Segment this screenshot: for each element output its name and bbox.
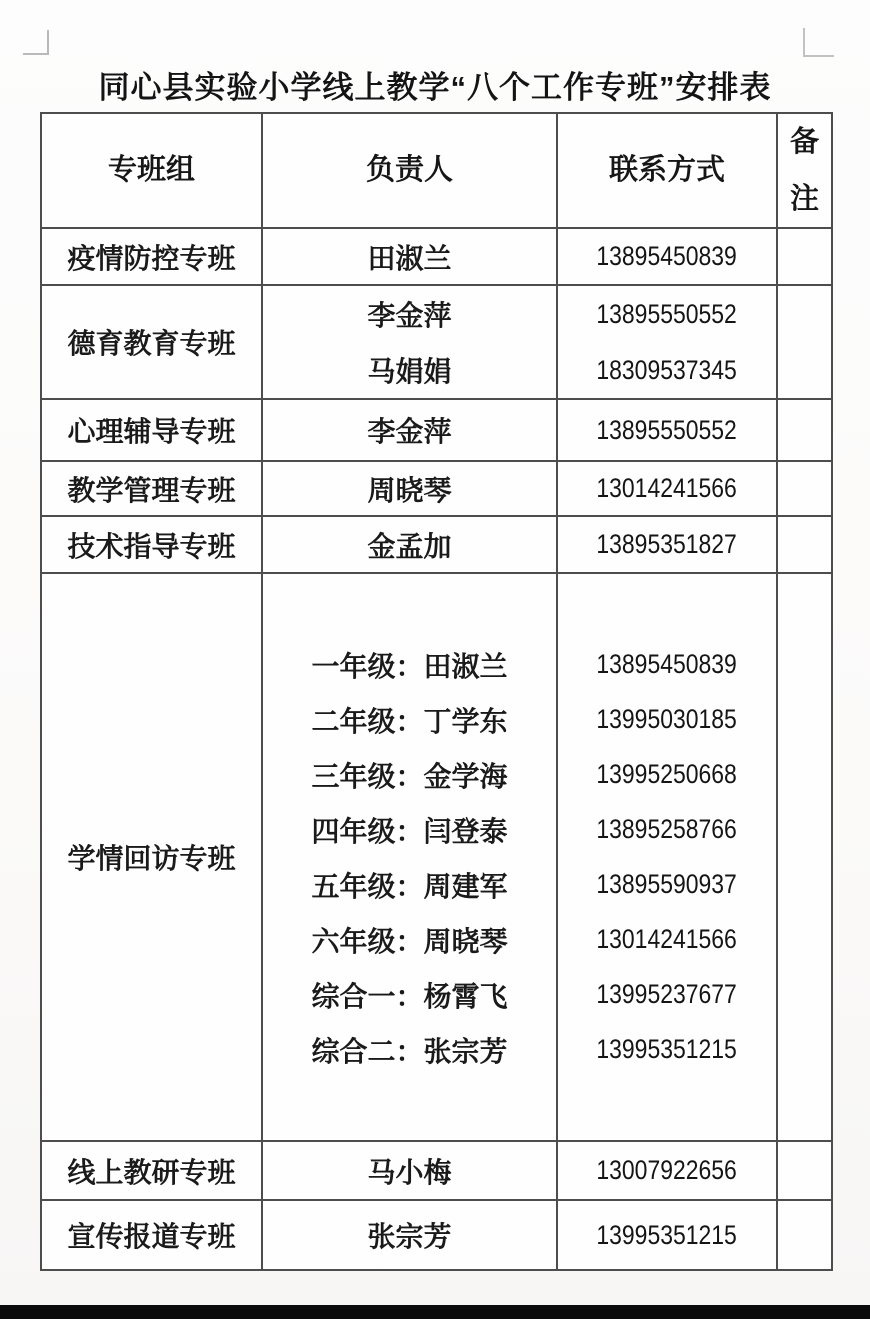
leader-name: 李金萍 — [367, 286, 451, 342]
phone-number: 13895258766 — [597, 814, 737, 845]
cell-remark — [777, 516, 832, 573]
phone-number: 13995351215 — [597, 1220, 737, 1251]
table-row-teaching-management: 教学管理专班 周晓琴 13014241566 — [41, 461, 832, 516]
page-margin-corner-right-icon — [803, 28, 834, 57]
cell-leader: 马小梅 — [262, 1141, 557, 1200]
phone-line: 13014241566 — [584, 912, 749, 967]
cell-group: 教学管理专班 — [41, 461, 262, 516]
cell-remark — [777, 285, 832, 399]
cell-group: 疫情防控专班 — [41, 228, 262, 285]
grade-leader: 三年级：金学海 — [311, 747, 507, 802]
phone-line: 13995237677 — [584, 967, 749, 1022]
phone-line: 13895590937 — [584, 857, 749, 912]
phone-number: 13895351827 — [597, 529, 737, 560]
bottom-black-bar — [0, 1305, 870, 1319]
grade-leader: 五年级：周建军 — [311, 857, 507, 912]
cell-remark — [777, 399, 832, 461]
grade-leader: 综合一：杨霄飞 — [311, 967, 507, 1022]
table-row-epidemic-control: 疫情防控专班 田淑兰 13895450839 — [41, 228, 832, 285]
grade-leader: 一年级：田淑兰 — [311, 637, 507, 692]
grade-leader: 综合二：张宗芳 — [311, 1022, 507, 1077]
cell-group: 宣传报道专班 — [41, 1200, 262, 1270]
phone-number: 13014241566 — [597, 924, 737, 955]
cell-contact: 13895550552 18309537345 — [557, 285, 777, 399]
cell-remark — [777, 1141, 832, 1200]
phone-number: 13895450839 — [597, 649, 737, 680]
cell-group: 心理辅导专班 — [41, 399, 262, 461]
phone-number: 13007922656 — [597, 1155, 737, 1186]
table-row-psych-counseling: 心理辅导专班 李金萍 13895550552 — [41, 399, 832, 461]
header-cell-leader: 负责人 — [262, 113, 557, 228]
cell-group: 德育教育专班 — [41, 285, 262, 399]
header-cell-remark: 备注 — [777, 113, 832, 228]
phone-line: 13995030185 — [584, 692, 749, 747]
document-page: 同心县实验小学线上教学“八个工作专班”安排表 专班组 负责人 联系方式 备注 疫… — [0, 0, 870, 1319]
cell-leader: 周晓琴 — [262, 461, 557, 516]
cell-leader: 金孟加 — [262, 516, 557, 573]
header-cell-contact: 联系方式 — [557, 113, 777, 228]
page-title: 同心县实验小学线上教学“八个工作专班”安排表 — [0, 62, 870, 107]
table-row-student-followup: 学情回访专班 一年级：田淑兰 二年级：丁学东 三年级：金学海 四年级：闫登泰 五… — [41, 573, 832, 1141]
cell-remark — [777, 1200, 832, 1270]
cell-leader: 田淑兰 — [262, 228, 557, 285]
cell-contact: 13895450839 13995030185 13995250668 1389… — [557, 573, 777, 1141]
table-row-publicity-report: 宣传报道专班 张宗芳 13995351215 — [41, 1200, 832, 1270]
phone-number: 13014241566 — [597, 473, 737, 504]
cell-group: 技术指导专班 — [41, 516, 262, 573]
phone-number: 18309537345 — [597, 355, 737, 386]
cell-leader: 张宗芳 — [262, 1200, 557, 1270]
table-header-row: 专班组 负责人 联系方式 备注 — [41, 113, 832, 228]
phone-line: 18309537345 — [584, 342, 749, 398]
cell-leader: 李金萍 — [262, 399, 557, 461]
cell-group: 学情回访专班 — [41, 573, 262, 1141]
phone-number: 13895590937 — [597, 869, 737, 900]
cell-remark — [777, 573, 832, 1141]
schedule-table: 专班组 负责人 联系方式 备注 疫情防控专班 田淑兰 13895450839 德… — [40, 112, 833, 1271]
cell-remark — [777, 228, 832, 285]
cell-contact: 13007922656 — [557, 1141, 777, 1200]
phone-number: 13995250668 — [597, 759, 737, 790]
cell-contact: 13895550552 — [557, 399, 777, 461]
phone-line: 13895258766 — [584, 802, 749, 857]
table-row-online-research: 线上教研专班 马小梅 13007922656 — [41, 1141, 832, 1200]
page-margin-corner-left-icon — [23, 30, 49, 55]
cell-contact: 13995351215 — [557, 1200, 777, 1270]
cell-remark — [777, 461, 832, 516]
grade-leader: 六年级：周晓琴 — [311, 912, 507, 967]
phone-line: 13995351215 — [584, 1022, 749, 1077]
cell-leader: 一年级：田淑兰 二年级：丁学东 三年级：金学海 四年级：闫登泰 五年级：周建军 … — [262, 573, 557, 1141]
cell-contact: 13895351827 — [557, 516, 777, 573]
header-cell-group: 专班组 — [41, 113, 262, 228]
phone-number: 13995237677 — [597, 979, 737, 1010]
leader-name: 马娟娟 — [367, 342, 451, 398]
cell-leader: 李金萍 马娟娟 — [262, 285, 557, 399]
phone-number: 13895550552 — [597, 415, 737, 446]
table-row-moral-education: 德育教育专班 李金萍 马娟娟 13895550552 18309537345 — [41, 285, 832, 399]
phone-number: 13895550552 — [597, 299, 737, 330]
phone-number: 13995351215 — [597, 1034, 737, 1065]
cell-group: 线上教研专班 — [41, 1141, 262, 1200]
grade-leader: 四年级：闫登泰 — [311, 802, 507, 857]
phone-number: 13995030185 — [597, 704, 737, 735]
cell-contact: 13014241566 — [557, 461, 777, 516]
phone-line: 13895550552 — [584, 286, 749, 342]
phone-line: 13995250668 — [584, 747, 749, 802]
grade-leader: 二年级：丁学东 — [311, 692, 507, 747]
phone-number: 13895450839 — [597, 241, 737, 272]
table-row-technical-guidance: 技术指导专班 金孟加 13895351827 — [41, 516, 832, 573]
cell-contact: 13895450839 — [557, 228, 777, 285]
phone-line: 13895450839 — [584, 637, 749, 692]
